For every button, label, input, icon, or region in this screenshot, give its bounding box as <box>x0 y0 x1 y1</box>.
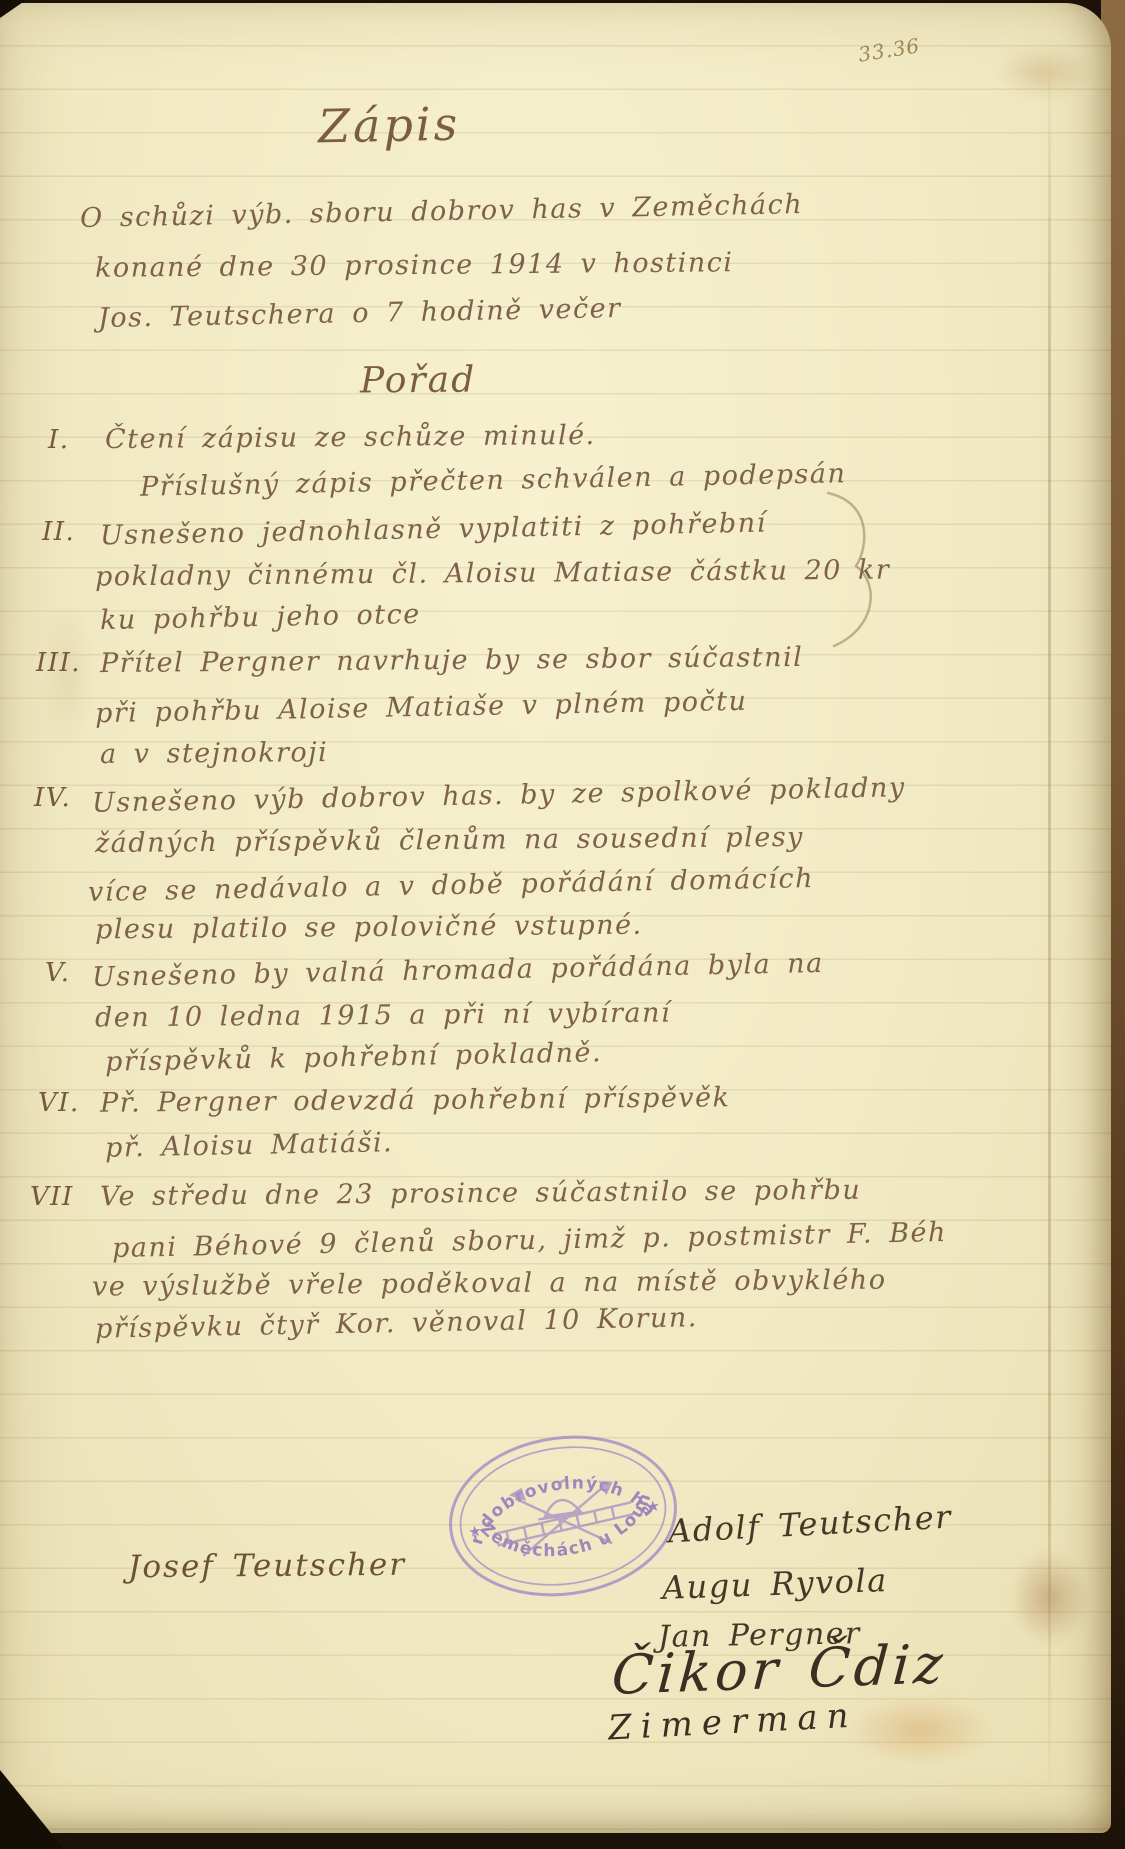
document-page: { "page_number": "33.36", "title": "Zápi… <box>0 0 1125 1849</box>
item-IV-numeral: IV. <box>34 783 71 813</box>
paper-crease <box>1048 40 1051 1800</box>
agenda-heading: Pořad <box>360 359 477 401</box>
item-V-line: den 10 ledna 1915 a při ní vybíraní <box>95 997 671 1033</box>
item-IV-line: plesu platilo se polovičné vstupné. <box>95 910 643 946</box>
item-V-numeral: V. <box>45 958 71 988</box>
item-VI-numeral: VI. <box>38 1088 80 1118</box>
item-VI-line: Př. Pergner odevzdá pohřební příspěvěk <box>100 1082 731 1119</box>
margin-brace-mark <box>818 488 888 653</box>
item-II-line: ku pohřbu jeho otce <box>100 599 421 636</box>
signature-josef-teutscher: Josef Teutscher <box>128 1547 406 1585</box>
item-VII-numeral: VII <box>30 1182 74 1212</box>
item-IV-line: žádných příspěvků členům na sousední ple… <box>95 822 804 859</box>
item-VI-line: př. Aloisu Matiáši. <box>105 1127 394 1164</box>
item-III-numeral: III. <box>36 648 81 678</box>
stamp-star-left: ★ <box>467 1522 483 1542</box>
document-title: Zápis <box>317 97 460 154</box>
intro-line: konané dne 30 prosince 1914 v hostinci <box>95 247 734 284</box>
signature-augu-ryvola: Augu Ryvola <box>661 1561 888 1607</box>
stamp-star-right: ★ <box>645 1496 661 1516</box>
item-I-line: Čtení zápisu ze schůze minulé. <box>105 420 596 455</box>
item-VII-line: Ve středu dne 23 prosince súčastnilo se … <box>100 1175 861 1213</box>
item-III-line: Přítel Pergner navrhuje by se sbor súčas… <box>100 642 804 679</box>
item-II-numeral: II. <box>42 517 75 547</box>
item-III-line: a v stejnokroji <box>100 737 329 770</box>
fire-brigade-stamp: Sbor dobrovolných hasičů v Zeměchách u L… <box>432 1414 694 1618</box>
item-I-numeral: I. <box>48 425 70 455</box>
signature-flourish: Čikor Čdiz <box>610 1632 949 1707</box>
